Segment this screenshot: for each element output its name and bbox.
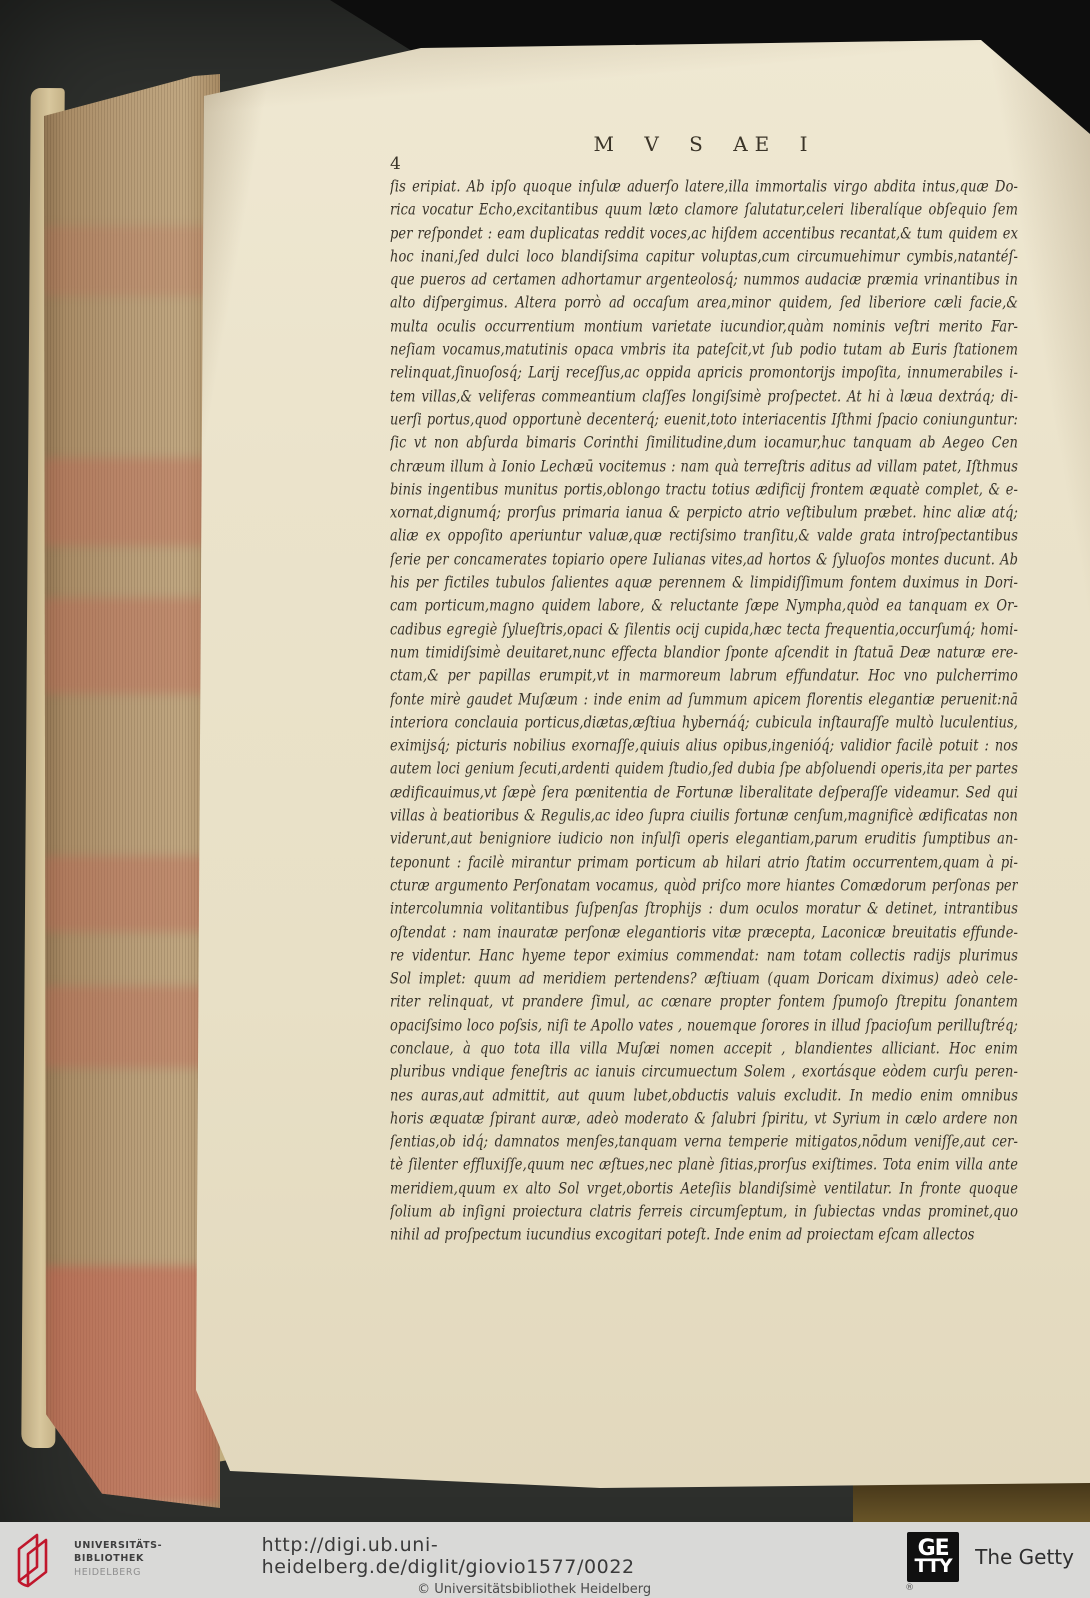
getty-wordmark: The Getty — [975, 1545, 1074, 1569]
library-name-line: HEIDELBERG — [74, 1566, 162, 1579]
library-name-line: BIBLIOTHEK — [74, 1552, 162, 1565]
fore-edge-tint — [44, 1266, 220, 1504]
running-title: M V S AE I — [390, 132, 1018, 156]
fore-edge-tint — [44, 226, 220, 296]
fore-edge-tint — [44, 598, 220, 694]
getty-branding: GE TTY ® The Getty — [907, 1532, 1074, 1582]
viewer-footer: UNIVERSITÄTS- BIBLIOTHEK HEIDELBERG http… — [0, 1522, 1090, 1598]
text-line: nihil ad proſpectum iucundius excogitari… — [390, 1222, 1018, 1250]
page-number: 4 — [390, 154, 401, 174]
fore-edge-tint — [44, 986, 220, 1068]
getty-logo: GE TTY — [907, 1532, 959, 1582]
book-page: M V S AE I 4 ſis eripiat. Ab ipſo quoque… — [196, 38, 1090, 1488]
text-block: ſis eripiat. Ab ipſo quoque inſulæ aduer… — [390, 176, 1018, 1248]
ub-heidelberg-logo — [12, 1530, 64, 1588]
fore-edge-tint — [44, 458, 220, 546]
book-fore-edge — [44, 66, 220, 1508]
copyright-notice: © Universitätsbibliothek Heidelberg — [417, 1582, 651, 1597]
scan-viewport: M V S AE I 4 ſis eripiat. Ab ipſo quoque… — [0, 0, 1090, 1598]
library-branding: UNIVERSITÄTS- BIBLIOTHEK HEIDELBERG — [12, 1530, 162, 1588]
document-url: http://digi.ub.uni-heidelberg.de/diglit/… — [262, 1534, 807, 1578]
fore-edge-tint — [44, 856, 220, 932]
library-name-line: UNIVERSITÄTS- — [74, 1539, 162, 1552]
registered-mark: ® — [905, 1583, 914, 1593]
